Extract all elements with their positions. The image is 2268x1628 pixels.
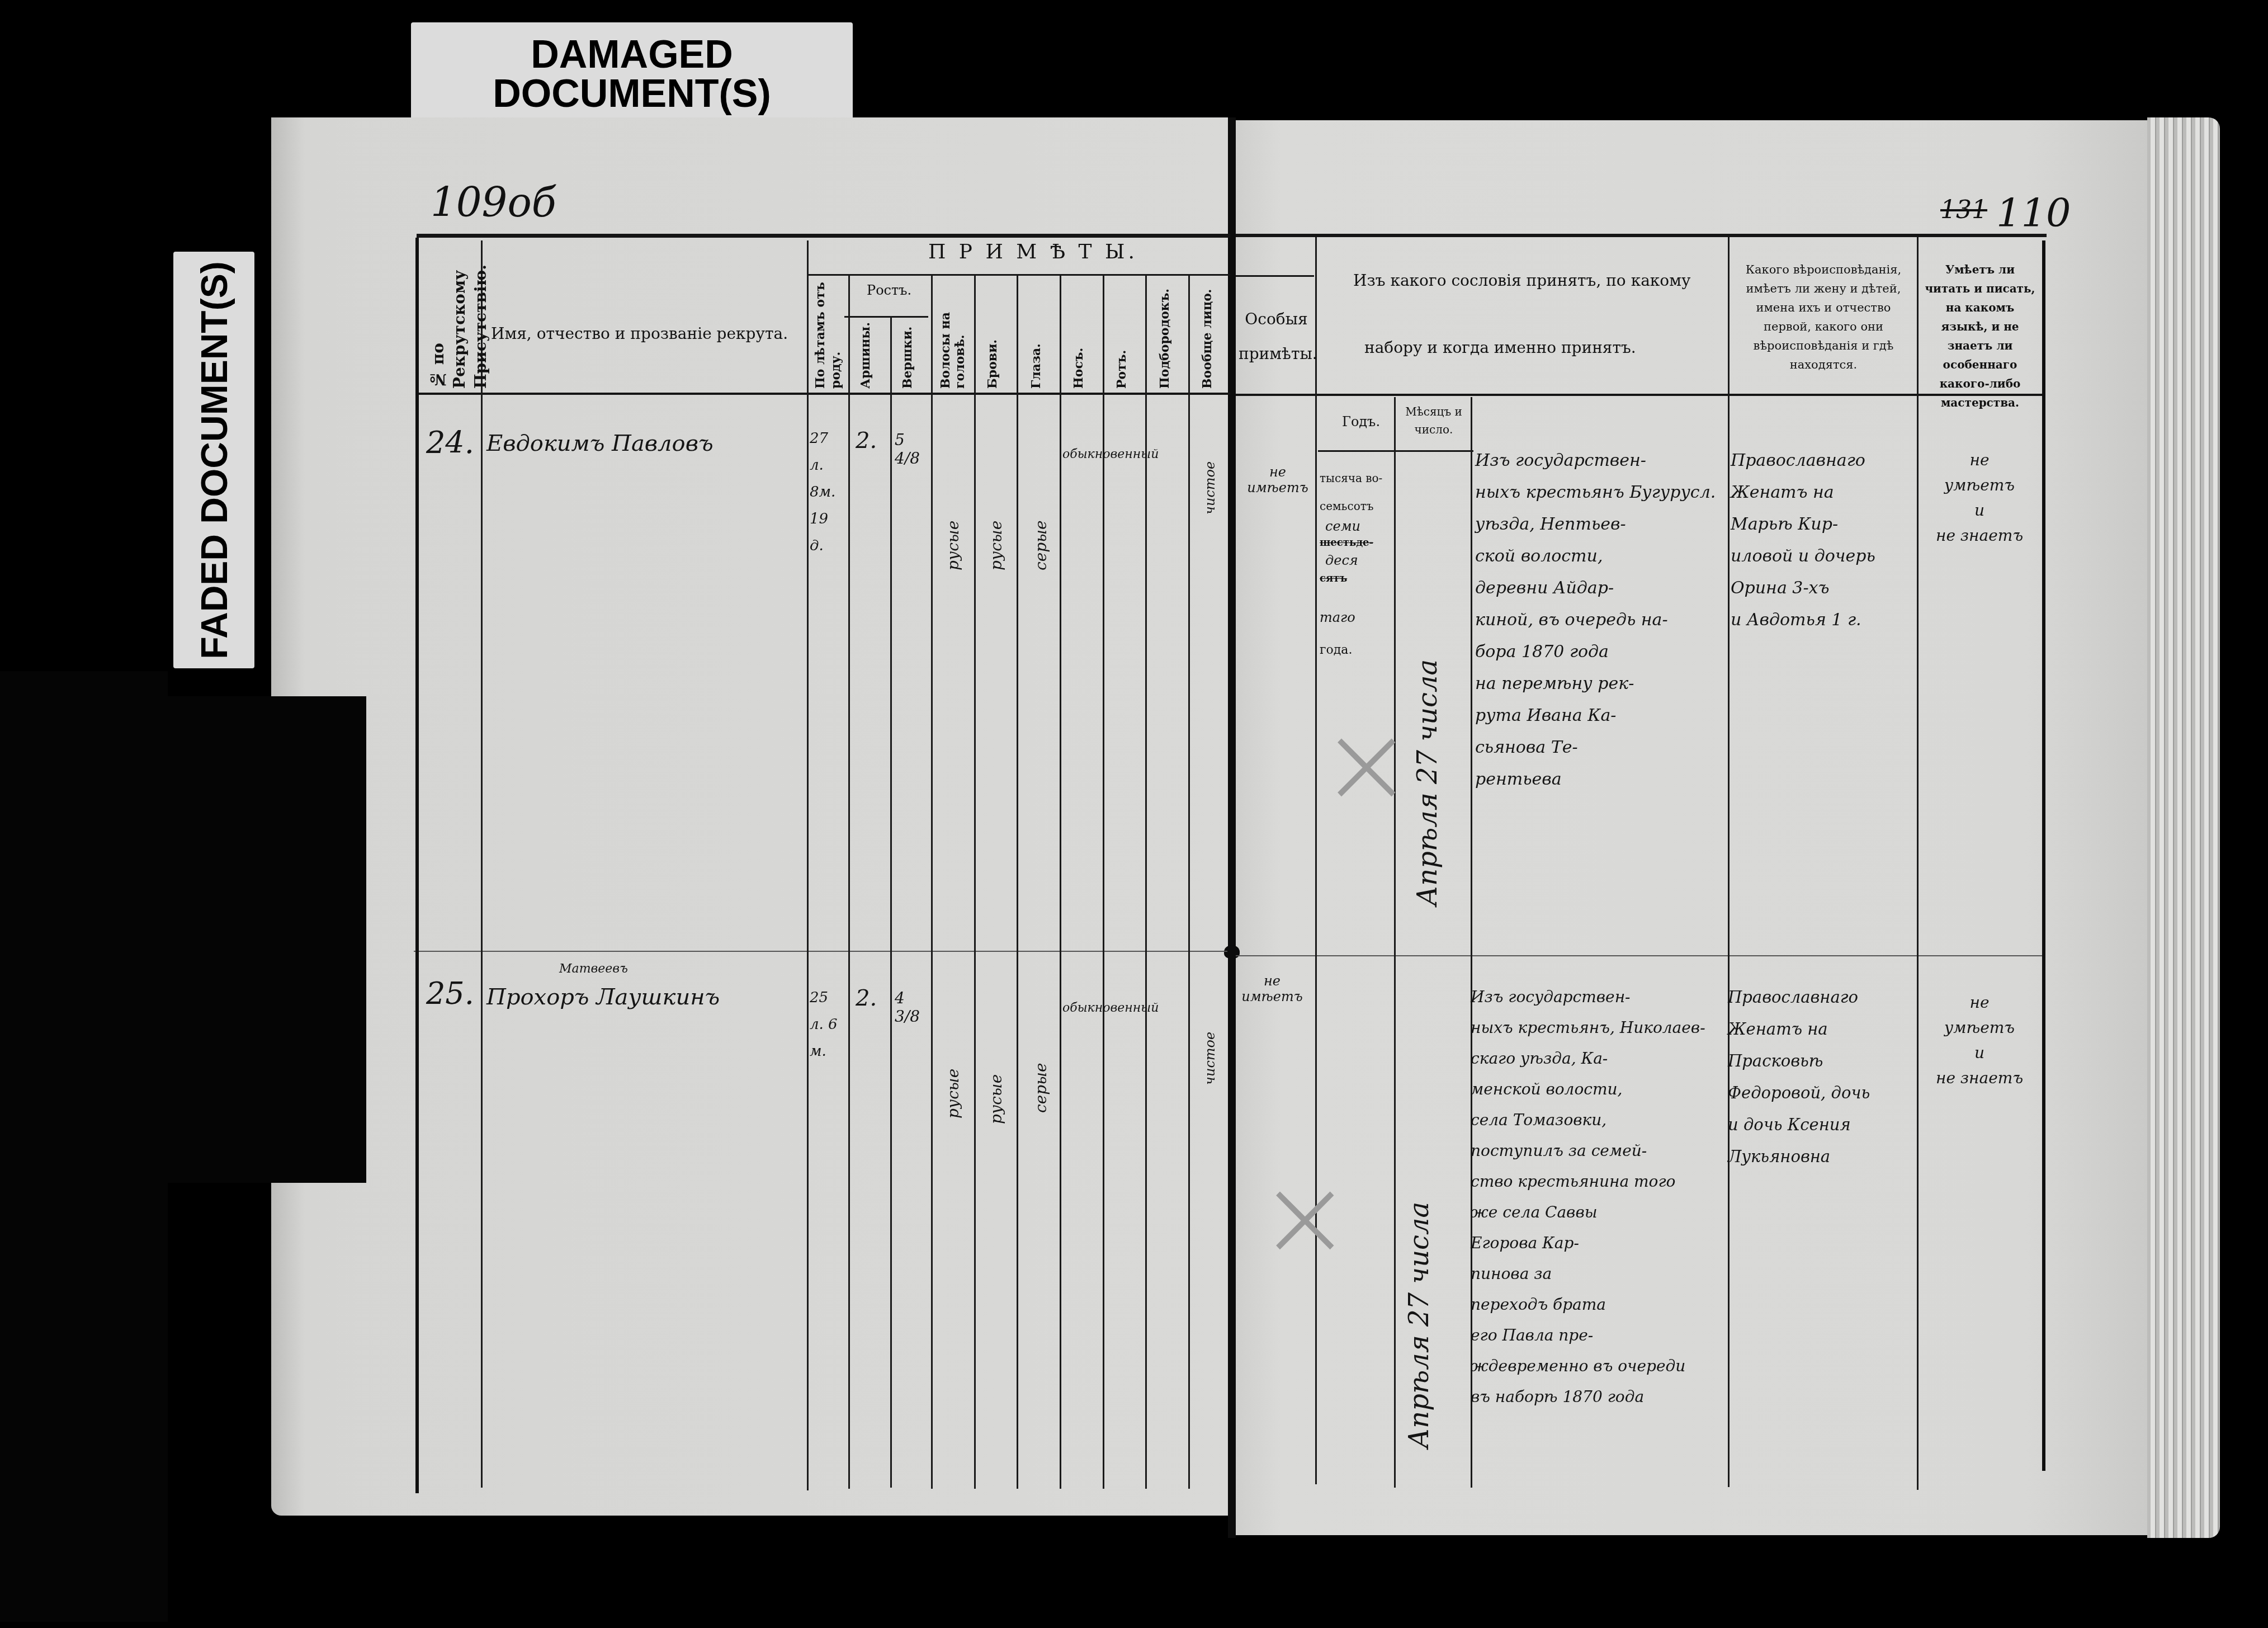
header-literacy: Умѣетъ ли читать и писать, на какомъ язы… [1921,260,2039,412]
record-24-number: 24. [426,425,474,460]
header-year: Годъ. [1342,414,1380,430]
header-estate-line1: Изъ какого сословія принятъ, по какому [1353,271,1690,290]
record-separator-right [1236,955,2044,956]
header-recruit-name: Имя, отчество и прозваніе рекрута. [491,324,788,343]
record-25-nose: обыкновенный [1062,1001,1141,1015]
right-table-border [2042,240,2045,1471]
col-line [848,275,850,1489]
page-clip [168,696,366,1183]
record-24-estate: Изъ государствен- ныхъ крестьянъ Бугурус… [1475,445,1727,795]
record-25-month-day: Апрѣля 27 числа [1404,1001,1435,1448]
record-25-name-annotation: Матвеевъ [559,962,628,976]
record-25-special: не имѣетъ [1239,973,1306,1004]
record-25-eyes: серые [1032,984,1050,1113]
col-line [481,240,483,1488]
record-25-estate: Изъ государствен- ныхъ крестьянъ, Никола… [1471,981,1722,1412]
year-print-struck-2: сятъ [1320,573,1347,584]
right-folio-number: 110 [1996,190,2071,236]
record-25-religion: Православнаго Женатъ на Прасковьѣ Федоро… [1728,981,1912,1173]
col-line [1394,397,1396,1488]
pencil-x-mark: × [1320,699,1414,829]
year-print-line1: тысяча во- [1320,471,1382,485]
col-line [807,240,809,1490]
record-24-vershki: 5 4/8 [895,431,928,468]
header-vershki: Вершки. [900,322,915,389]
special-subrule [1236,275,1314,277]
damaged-document-label: DAMAGED DOCUMENT(S) [411,22,853,120]
header-month-day: Мѣсяцъ и число. [1398,403,1470,438]
record-24-arshin: 2. [856,428,877,454]
year-print-suffix: года. [1320,643,1352,657]
record-24-special: не имѣетъ [1244,464,1311,496]
record-25-face: чистое [1202,990,1218,1085]
binding-thread-knot [1224,945,1240,959]
col-line [1917,237,1919,1490]
page-clip-shadow [0,671,168,1622]
header-arshin: Аршины. [858,322,873,389]
faded-document-label: FADED DOCUMENT(S) [173,252,254,668]
left-folio-number: 109об [431,179,556,226]
col-line [931,275,933,1489]
record-24-month-day: Апрѣля 27 числа [1412,459,1443,906]
year-hand-1: семи [1325,518,1360,534]
damaged-label-text: DAMAGED DOCUMENT(S) [493,32,771,115]
record-25-vershki: 4 3/8 [895,989,928,1026]
record-24-hair: русые [944,436,962,570]
header-brows: Брови. [985,280,1000,389]
header-nose: Носъ. [1071,280,1086,389]
col-line [974,275,976,1489]
header-special-marks: Особыя примѣты. [1239,302,1314,371]
year-hand-2: деся [1325,553,1358,568]
header-age: По лѣтамъ отъ роду. [812,280,845,389]
year-subrule [1318,450,1473,452]
record-25-number: 25. [426,976,474,1011]
record-25-arshin: 2. [856,985,877,1011]
right-table-top-rule [1236,234,2047,237]
header-recruit-number: № по Рекрутскому Присутствію. [428,246,472,389]
record-25-age: 25 л. 6 м. [810,984,847,1065]
record-24-brows: русые [987,436,1005,570]
col-line [1060,275,1061,1489]
primety-subrule [808,274,1230,276]
left-table-top-rule [417,234,1230,238]
header-estate-line2: набору и когда именно принятъ. [1364,338,1636,357]
header-hair: Волосы на головѣ. [938,280,971,389]
right-folio-struck: 131 [1940,196,1987,224]
book-spine [1228,117,1236,1538]
record-25-literacy: не умѣетъ и не знаетъ [1924,990,2035,1091]
page-edges [2147,117,2220,1538]
record-25-name: Прохоръ Лаушкинъ [486,984,720,1010]
height-subrule [844,316,928,318]
record-24-face: чистое [1202,419,1218,515]
pencil-x-mark: × [1258,1152,1352,1282]
left-table-border [415,238,419,1493]
record-24-eyes: серые [1032,436,1050,570]
year-print-line2: семьсотъ [1320,499,1374,513]
record-24-name: Евдокимъ Павловъ [486,431,714,456]
year-hand-3: таго [1320,610,1355,625]
col-line [1188,275,1190,1489]
header-eyes: Глаза. [1029,280,1043,389]
col-line [890,316,892,1488]
record-separator-left [414,951,1227,952]
year-print-struck: шестьде- [1320,537,1373,549]
record-24-religion: Православнаго Женатъ на Марьѣ Кир- илово… [1731,445,1915,636]
header-chin: Подбородокъ. [1157,280,1172,389]
record-24-nose: обыкновенный [1062,447,1141,461]
left-header-bottom-rule [417,393,1230,395]
record-25-brows: русые [987,1001,1005,1124]
col-line [1728,237,1730,1487]
record-24-literacy: не умѣетъ и не знаетъ [1924,447,2035,548]
col-line [1315,237,1317,1484]
record-25-hair: русые [944,995,962,1119]
header-religion: Какого вѣроисповѣданія, имѣетъ ли жену и… [1733,260,1913,374]
header-face: Вообще лицо. [1200,280,1215,389]
faded-label-text: FADED DOCUMENT(S) [196,261,233,659]
header-height: Ростъ. [867,282,911,298]
record-24-age: 27 л. 8м. 19 д. [810,425,847,559]
header-primety: П Р И М Ѣ Т Ы. [928,240,1138,263]
header-mouth: Ротъ. [1114,280,1129,389]
col-line [1017,275,1018,1489]
